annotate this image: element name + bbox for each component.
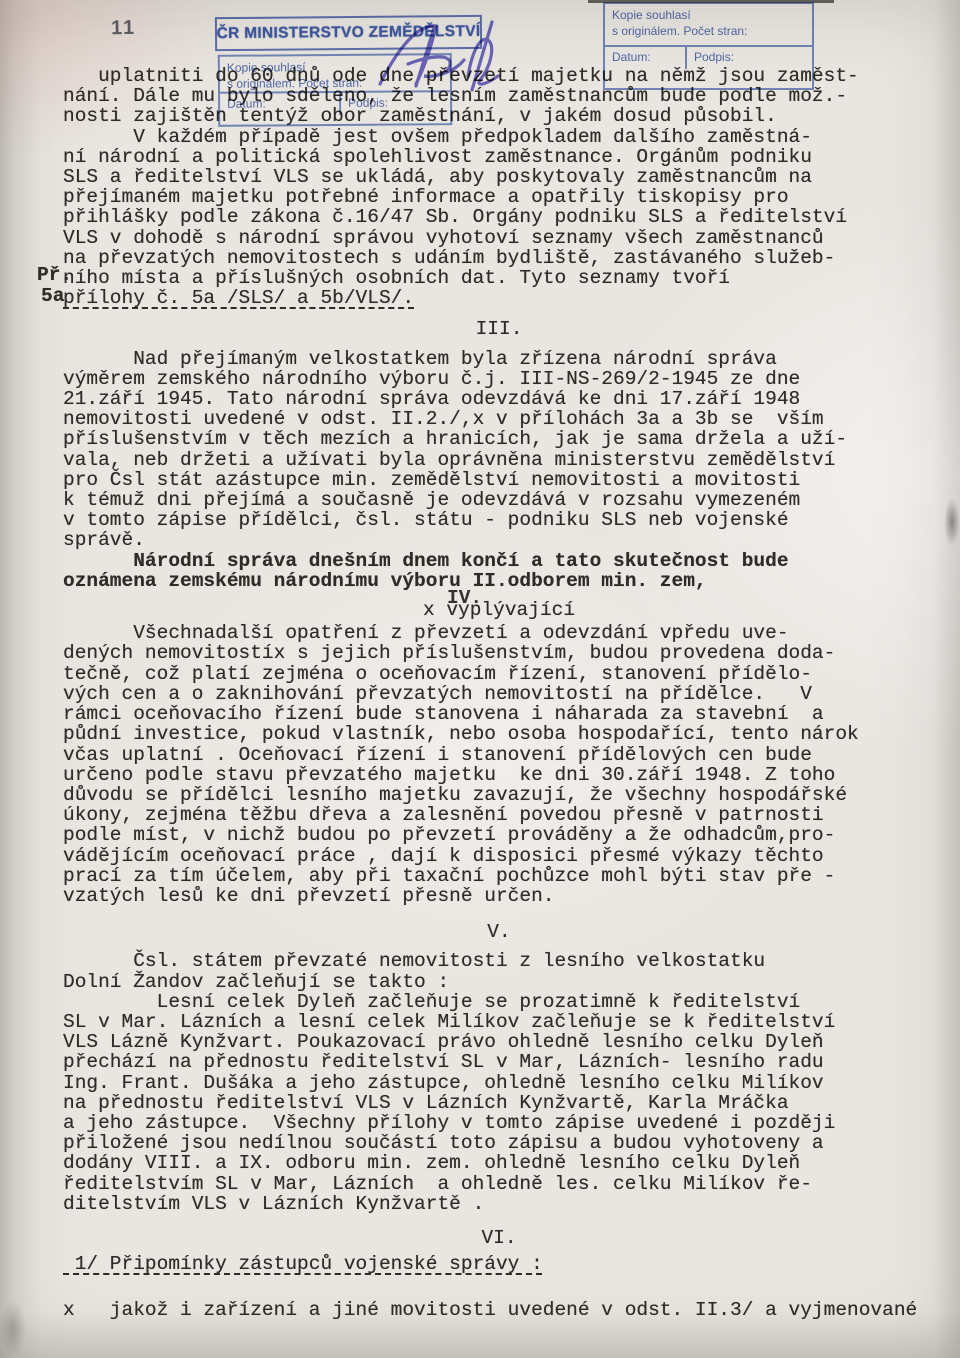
text-line: 21.září 1945. Tato národní správa odevzd… (63, 389, 935, 409)
text-line: Čsl. státem převzaté nemovitosti z lesní… (63, 951, 935, 971)
text-line: včas uplatní . Oceňovací řízení i stanov… (63, 745, 935, 765)
text-line: přejímaném majetku potřebné informace a … (63, 187, 935, 207)
text-line: dodány VIII. a IX. odboru min. zem. ohle… (63, 1153, 935, 1173)
text-line: ředitelstvím SL v Mar, Lázních a ohledně… (63, 1174, 935, 1194)
text-line: III. (63, 319, 935, 339)
scanned-document-page: 11 uplatniti do 60 dnů ode dne převzetí … (0, 0, 960, 1358)
text-line: tečně, což platí zejména o oceňovacím ří… (63, 664, 935, 684)
podpis-field-label: Podpis: (687, 47, 741, 69)
datum-field-label: Datum: (220, 93, 341, 115)
text-line: x vyplývající (63, 600, 935, 620)
text-line: Národní správa dnešním dnem končí a tato… (63, 551, 935, 571)
text-line: na přednostu ředitelství VLS v Lázních K… (63, 1093, 935, 1113)
scan-edge-streak (588, 0, 834, 3)
text-line: dených nemovitostíx s jejich příslušenst… (63, 643, 935, 663)
text-line: SL v Mar. Lázních a lesní celek Milíkov … (63, 1012, 935, 1032)
text-line: výměrem zemského národního výboru č.j. I… (63, 369, 935, 389)
margin-note-pr: Př. (37, 264, 72, 286)
podpis-field-label: Podpis: (341, 93, 395, 115)
copy-stamp-fields: Datum: Podpis: (605, 47, 812, 69)
section-iv-overstrike: IV. (447, 587, 482, 609)
text-line: prací za tím účelem, aby při taxační poc… (63, 866, 935, 886)
text-line: podle míst, v nichž budou po převzetí pr… (63, 825, 935, 845)
copy-stamp-line1: Kopie souhlasí (612, 8, 805, 24)
text-line: přílohy č. 5a /SLS/ a 5b/VLS/. (63, 288, 935, 308)
text-line: VLS Lázně Kynžvart. Poukazovací právo oh… (63, 1032, 935, 1052)
text-line: ditelstvím VLS v Lázních Kynžvartě . (63, 1194, 935, 1214)
copy-stamp-fields: Datum: Podpis: (220, 92, 450, 115)
datum-field-label: Datum: (605, 47, 687, 69)
text-line: VI. (63, 1228, 935, 1248)
text-line: Dolní Žandov začleňují se takto : (63, 972, 935, 992)
text-line: ního místa a příslušných osobních dat. T… (63, 268, 935, 288)
text-line: ní národní a politická spolehlivost zamě… (63, 147, 935, 167)
text-line: 1/ Připomínky zástupců vojenské správy : (63, 1254, 935, 1274)
copy-stamp-header: Kopie souhlasí s originálem. Počet stran… (605, 4, 812, 47)
text-line: x jakož i zařízení a jiné movitosti uved… (63, 1300, 935, 1320)
text-line: vádějícím oceňovací práce , dají k dispo… (63, 846, 935, 866)
copy-stamp-line2: s originálem. Počet stran: (612, 24, 805, 40)
scan-smudge (0, 1300, 26, 1358)
text-line: oznámena zemskému národnímu výboru II.od… (63, 571, 935, 591)
text-line: Lesní celek Dyleň začleňuje se prozatimn… (63, 992, 935, 1012)
text-line: rámci oceňovacího řízení bude stanovena … (63, 704, 935, 724)
text-line: správě. (63, 530, 935, 550)
text-line: půdní investice, pokud vlastník, nebo os… (63, 724, 935, 744)
text-line: nemovitosti uvedené v odst. II.2./,x v p… (63, 409, 935, 429)
text-line: Nad přejímaným velkostatkem byla zřízena… (63, 349, 935, 369)
text-line: důvodu se přídělci lesního majetku zavaz… (63, 785, 935, 805)
text-line: v tomto zápise přídělci, čsl. státu - po… (63, 510, 935, 530)
text-line: určeno podle stavu převzatého majetku ke… (63, 765, 935, 785)
scan-smudge (944, 498, 960, 546)
page-number-mark: 11 (111, 17, 137, 40)
text-line: vala, neb držeti a užívati byla oprávněn… (63, 450, 935, 470)
copy-certification-stamp-right: Kopie souhlasí s originálem. Počet stran… (603, 2, 814, 90)
text-line: pro Čsl stát azástupce min. zemědělství … (63, 470, 935, 490)
text-line: V. (63, 922, 935, 942)
text-line: Všechnadalší opatření z převzetí a odevz… (63, 623, 935, 643)
text-line: přechází na přednostu ředitelství SL v M… (63, 1052, 935, 1072)
text-line: na převzatých nemovitostech s udáním byd… (63, 248, 935, 268)
text-line: vých cen a o zaknihování převzatých nemo… (63, 684, 935, 704)
text-line: VLS v dohodě s národní správou vyhotoví … (63, 228, 935, 248)
text-line: SLS a ředitelství VLS se ukládá, aby pos… (63, 167, 935, 187)
document-body: uplatniti do 60 dnů ode dne převzetí maj… (63, 66, 935, 1321)
text-line: úkony, zejména těžbu dřeva a zalesnění p… (63, 805, 935, 825)
text-line: Ing. Frant. Dušáka a jeho zástupce, ohle… (63, 1073, 935, 1093)
margin-note-5a: 5a (41, 285, 64, 307)
text-line: V každém případě jest ovšem předpokladem… (63, 127, 935, 147)
text-line: nosti zajištěn tentýž obor zaměstnání, v… (63, 106, 935, 126)
text-line: přiložené jsou nedílnou součástí toto zá… (63, 1133, 935, 1153)
text-line: k témuž dni přejímá a současně je odevzd… (63, 490, 935, 510)
text-line: a jeho zástupce. Všechny přílohy v tomto… (63, 1113, 935, 1133)
handwritten-signature (372, 12, 592, 92)
text-line: vzatých lesů ke dni převzetí přesně urče… (63, 886, 935, 906)
text-line: přihlášky podle zákona č.16/47 Sb. Orgán… (63, 207, 935, 227)
text-line: příslušenstvím v těch mezích a hranicích… (63, 429, 935, 449)
